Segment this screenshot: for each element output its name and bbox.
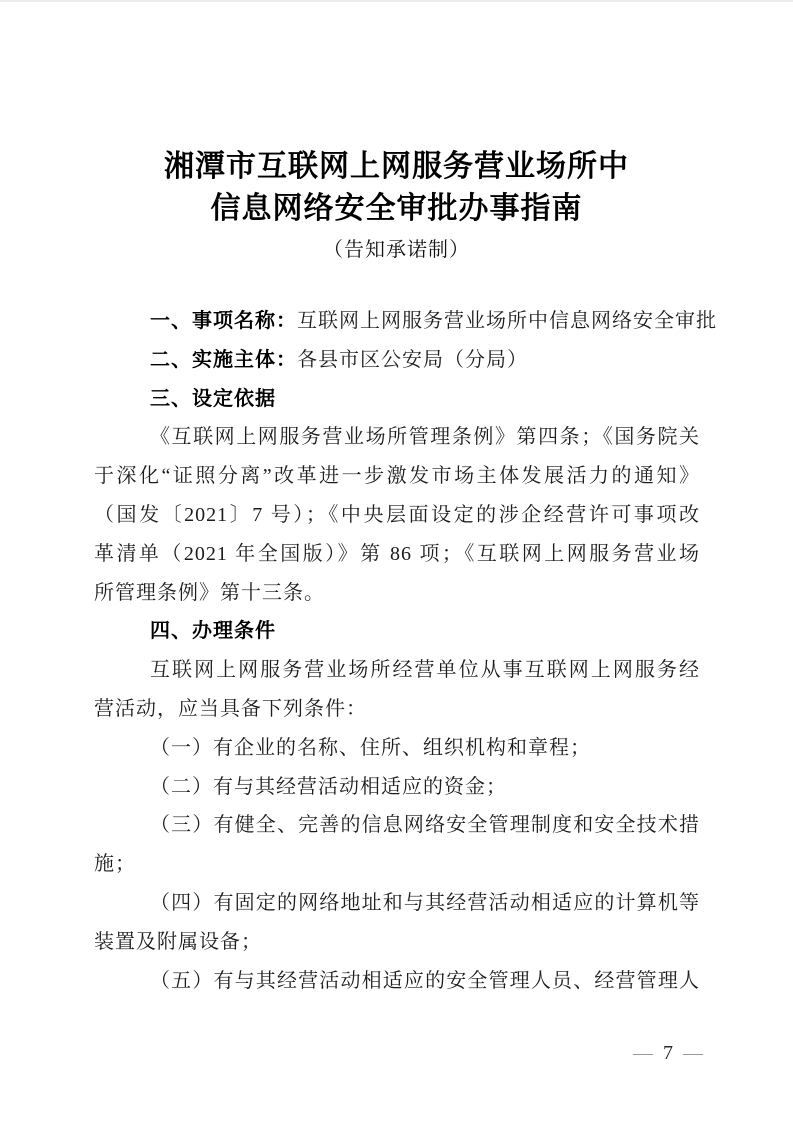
basis-paragraph-line: 革清单（2021 年全国版）》第 86 项；《互联网上网服务营业场 [94,535,700,574]
section-1-item-name: 一、事项名称：互联网上网服务营业场所中信息网络安全审批 [94,302,700,341]
document-page: 湘潭市互联网上网服务营业场所中 信息网络安全审批办事指南 （告知承诺制） 一、事… [0,0,793,1122]
basis-paragraph-line: 《互联网上网服务营业场所管理条例》第四条；《国务院关 [94,418,700,457]
section-1-value: 互联网上网服务营业场所中信息网络安全审批 [297,310,717,332]
section-4-conditions-heading: 四、办理条件 [94,612,700,651]
basis-paragraph-line: 所管理条例》第十三条。 [94,574,700,613]
section-3-legal-basis-heading: 三、设定依据 [94,380,700,419]
basis-paragraph-line: 于深化“证照分离”改革进一步激发市场主体发展活力的通知》 [94,457,700,496]
section-2-value: 各县市区公安局（分局） [297,349,528,371]
section-3-label: 三、设定依据 [150,388,276,410]
section-2-implementer: 二、实施主体：各县市区公安局（分局） [94,341,700,380]
condition-item-3-continued: 施； [94,845,700,884]
title-line-1: 湘潭市互联网上网服务营业场所中 [0,146,793,188]
page-number-dash-right: — [683,1042,705,1064]
title-subtitle: （告知承诺制） [0,232,793,266]
conditions-intro-line: 互联网上网服务营业场所经营单位从事互联网上网服务经 [94,651,700,690]
page-number-dash-left: — [633,1042,655,1064]
condition-item-1: （一）有企业的名称、住所、组织机构和章程； [94,729,700,768]
section-2-label: 二、实施主体： [150,349,297,371]
section-4-label: 四、办理条件 [150,620,276,642]
page-number-value: 7 [655,1042,683,1064]
condition-item-5: （五）有与其经营活动相适应的安全管理人员、经营管理人 [94,962,700,1001]
condition-item-4-continued: 装置及附属设备； [94,923,700,962]
title-line-2: 信息网络安全审批办事指南 [0,188,793,230]
document-body: 一、事项名称：互联网上网服务营业场所中信息网络安全审批 二、实施主体：各县市区公… [94,302,700,1000]
basis-paragraph-line: （国发〔2021〕7 号）；《中央层面设定的涉企经营许可事项改 [94,496,700,535]
page-number: —7— [633,1040,705,1066]
conditions-intro-line: 营活动，应当具备下列条件： [94,690,700,729]
condition-item-3: （三）有健全、完善的信息网络安全管理制度和安全技术措 [94,806,700,845]
document-title: 湘潭市互联网上网服务营业场所中 信息网络安全审批办事指南 [0,0,793,230]
condition-item-4: （四）有固定的网络地址和与其经营活动相适应的计算机等 [94,884,700,923]
scan-edge-line [0,0,793,2]
section-1-label: 一、事项名称： [150,310,297,332]
condition-item-2: （二）有与其经营活动相适应的资金； [94,768,700,807]
